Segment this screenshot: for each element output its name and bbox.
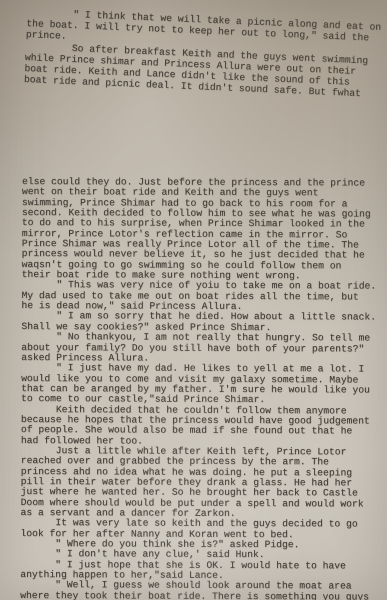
paragraph-block-top: " I think that we will take a picnic alo… (24, 7, 382, 100)
typewritten-page: " I think that we will take a picnic alo… (0, 0, 387, 600)
paragraph-block-main: else could they do. Just before the prin… (20, 177, 376, 600)
